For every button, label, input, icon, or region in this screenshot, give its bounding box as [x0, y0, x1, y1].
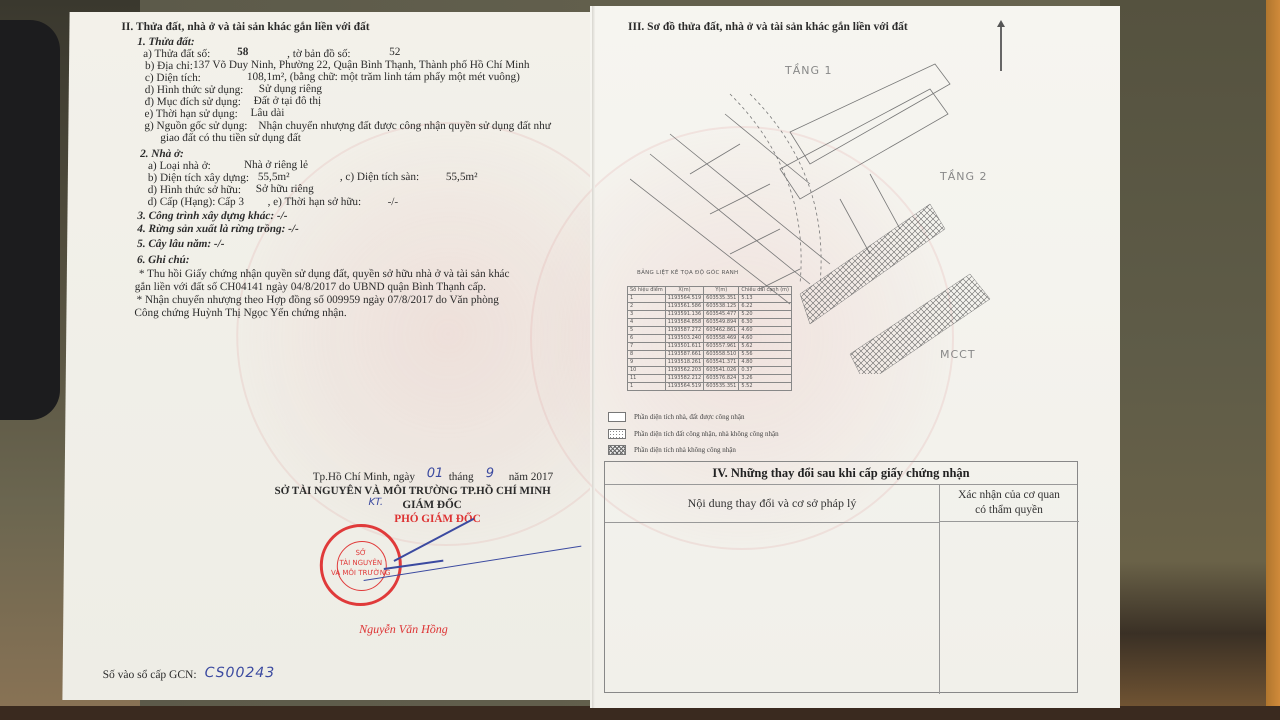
- grade-label: d) Cấp (Hạng):: [148, 195, 216, 209]
- mezzanine-label: MCCT: [940, 348, 976, 362]
- background-right: [1100, 0, 1280, 720]
- cross-hatch-box-icon: [608, 445, 626, 455]
- table-row: 61193503.240603558.4694.60: [628, 335, 792, 343]
- place-date-prefix: Tp.Hồ Chí Minh, ngày: [313, 470, 415, 484]
- floor-area-label: , c) Diện tích sàn:: [340, 170, 419, 184]
- table-row: 81193587.661603558.5105.56: [628, 351, 792, 359]
- coord-cell: 603541.371: [704, 359, 739, 367]
- coord-cell: 7: [628, 343, 666, 351]
- coord-cell: 1193584.858: [665, 319, 703, 327]
- table-edge: [1266, 0, 1280, 720]
- coord-cell: 6.30: [739, 319, 792, 327]
- coord-cell: 1193591.136: [665, 311, 703, 319]
- coord-cell: 3: [628, 311, 666, 319]
- section-iii-title: III. Sơ đồ thửa đất, nhà ở và tài sản kh…: [628, 20, 908, 34]
- coord-cell: 603549.894: [704, 319, 739, 327]
- director-title: GIÁM ĐỐC: [402, 498, 462, 512]
- deputy-director-title: PHÓ GIÁM ĐỐC: [394, 512, 481, 526]
- table-row: 91193518.261603541.3714.80: [628, 359, 792, 367]
- registry-number: CS00243: [205, 666, 276, 680]
- plain-box-icon: [608, 412, 626, 422]
- official-red-stamp: SỞ TÀI NGUYÊN VÀ MÔI TRƯỜNG: [319, 524, 402, 606]
- perennial: 5. Cây lâu năm: -/-: [137, 237, 224, 251]
- coord-cell: 1: [628, 295, 666, 303]
- coord-cell: 603541.026: [704, 367, 739, 375]
- coord-cell: 6.22: [739, 303, 792, 311]
- agency-name: SỞ TÀI NGUYÊN VÀ MÔI TRƯỜNG TP.HỒ CHÍ MI…: [275, 484, 551, 498]
- floor-area-value: 55,5m²: [446, 170, 478, 184]
- origin-value-line1: Nhận chuyển nhượng đất được công nhận qu…: [258, 119, 551, 133]
- coord-cell: 9: [628, 359, 666, 367]
- coord-cell: 5.56: [739, 351, 792, 359]
- coord-cell: 1193561.586: [665, 303, 703, 311]
- coord-cell: 603557.961: [704, 343, 739, 351]
- coord-header: Y(m): [704, 287, 739, 295]
- legend-item: Phần diện tích nhà, đất được công nhận: [608, 412, 745, 422]
- coord-cell: 8: [628, 351, 666, 359]
- coord-header: Số hiệu điểm: [628, 287, 666, 295]
- coord-cell: 603545.477: [704, 311, 739, 319]
- coord-cell: 0.37: [739, 367, 792, 375]
- own-term-label: , e) Thời hạn sở hữu:: [268, 195, 362, 209]
- notes-line4: Công chứng Huỳnh Thị Ngọc Yến chứng nhận…: [134, 306, 346, 320]
- coord-table-title: BẢNG LIỆT KÊ TỌA ĐỘ GÓC RANH: [637, 270, 739, 276]
- table-row: 21193561.586603538.1256.22: [628, 303, 792, 311]
- notes-line3: * Nhận chuyển nhượng theo Hợp đồng số 00…: [137, 293, 499, 307]
- coord-cell: 1193564.519: [665, 383, 703, 391]
- coord-cell: 1193562.203: [665, 367, 703, 375]
- coord-cell: 603538.125: [704, 303, 739, 311]
- coord-cell: 4.60: [739, 335, 792, 343]
- coord-cell: 1193587.661: [665, 351, 703, 359]
- table-row: 111193582.212603576.8243.26: [628, 375, 792, 383]
- coord-cell: 1193587.272: [665, 327, 703, 335]
- registry-label: Số vào sổ cấp GCN:: [103, 668, 197, 682]
- kt-mark: KT.: [368, 496, 383, 510]
- certificate-left-page: II. Thửa đất, nhà ở và tài sản khác gắn …: [62, 12, 599, 700]
- table-row: 41193584.858603549.8946.30: [628, 319, 792, 327]
- map-sheet-number: 52: [389, 45, 400, 59]
- coord-cell: 1193564.519: [665, 295, 703, 303]
- coord-cell: 1: [628, 383, 666, 391]
- coord-table: Số hiệu điểmX(m)Y(m)Chiều dài cạnh (m) 1…: [627, 286, 792, 391]
- coord-cell: 1193582.212: [665, 375, 703, 383]
- coord-cell: 1193503.240: [665, 335, 703, 343]
- date-year: năm 2017: [509, 470, 554, 484]
- origin-value-line2: giao đất có thu tiền sử dụng đất: [160, 131, 301, 145]
- legend-label: Phần diện tích nhà không công nhận: [634, 446, 736, 454]
- month-label: tháng: [449, 470, 474, 484]
- parcel-number: 58: [237, 45, 248, 59]
- term-value: Lâu dài: [250, 106, 284, 120]
- coord-cell: 5.13: [739, 295, 792, 303]
- coord-cell: 603576.824: [704, 375, 739, 383]
- date-month: 9: [486, 467, 494, 481]
- coord-cell: 603535.351: [704, 295, 739, 303]
- coord-cell: 2: [628, 303, 666, 311]
- coord-cell: 1193518.261: [665, 359, 703, 367]
- table-row: 51193587.272603462.8614.60: [628, 327, 792, 335]
- coord-cell: 11: [628, 375, 666, 383]
- coord-cell: 603558.510: [704, 351, 739, 359]
- section-ii-title: II. Thửa đất, nhà ở và tài sản khác gắn …: [121, 20, 369, 34]
- changes-col-content: Nội dung thay đổi và cơ sở pháp lý: [605, 484, 940, 523]
- date-day: 01: [427, 467, 444, 481]
- coord-cell: 603558.469: [704, 335, 739, 343]
- coord-cell: 3.26: [739, 375, 792, 383]
- changes-table: IV. Những thay đổi sau khi cấp giấy chứn…: [604, 461, 1078, 693]
- floor2-label: TẦNG 2: [940, 170, 988, 184]
- table-row: 11193564.519603535.3515.52: [628, 383, 792, 391]
- coord-cell: 4: [628, 319, 666, 327]
- signer-name: Nguyễn Văn Hồng: [359, 622, 448, 636]
- coord-cell: 1193501.611: [665, 343, 703, 351]
- coord-cell: 5: [628, 327, 666, 335]
- background-object: [0, 20, 60, 420]
- stamp-text-1: SỞ: [323, 549, 399, 558]
- coord-cell: 603535.351: [704, 383, 739, 391]
- table-row: 101193562.203603541.0260.37: [628, 367, 792, 375]
- certificate-right-page: III. Sơ đồ thửa đất, nhà ở và tài sản kh…: [590, 6, 1120, 708]
- other-works: 3. Công trình xây dựng khác: -/-: [137, 209, 287, 223]
- coord-cell: 603462.861: [704, 327, 739, 335]
- col2-line2: có thẩm quyền: [939, 503, 1079, 518]
- legend-label: Phần diện tích nhà, đất được công nhận: [634, 413, 745, 421]
- coord-cell: 4.60: [739, 327, 792, 335]
- changes-title: IV. Những thay đổi sau khi cấp giấy chứn…: [605, 462, 1077, 485]
- own-term-value: -/-: [388, 195, 399, 209]
- legend-label: Phần diện tích đất công nhận, nhà không …: [634, 430, 779, 438]
- background-bottom: [0, 706, 1280, 720]
- notes-heading: 6. Ghi chú:: [137, 253, 190, 267]
- coord-header: X(m): [665, 287, 703, 295]
- notes-line2: gắn liền với đất số CH04141 ngày 04/8/20…: [135, 280, 486, 294]
- legend-item: Phần diện tích nhà không công nhận: [608, 445, 736, 455]
- page-fold: [592, 6, 595, 708]
- forest: 4. Rừng sản xuất là rừng trồng: -/-: [137, 222, 299, 236]
- coord-cell: 5.52: [739, 383, 792, 391]
- coord-cell: 4.80: [739, 359, 792, 367]
- dotted-box-icon: [608, 429, 626, 439]
- col2-line1: Xác nhận của cơ quan: [939, 488, 1079, 503]
- legend-item: Phần diện tích đất công nhận, nhà không …: [608, 429, 779, 439]
- coord-cell: 5.62: [739, 343, 792, 351]
- column-divider: [939, 522, 940, 694]
- coord-cell: 6: [628, 335, 666, 343]
- coord-cell: 5.20: [739, 311, 792, 319]
- changes-col-confirmation: Xác nhận của cơ quan có thẩm quyền: [939, 484, 1079, 522]
- coord-header: Chiều dài cạnh (m): [739, 287, 792, 295]
- coord-cell: 10: [628, 367, 666, 375]
- table-row: 31193591.136603545.4775.20: [628, 311, 792, 319]
- table-row: 11193564.519603535.3515.13: [628, 295, 792, 303]
- floor1-label: TẦNG 1: [785, 64, 833, 78]
- table-row: 71193501.611603557.9615.62: [628, 343, 792, 351]
- notes-line1: * Thu hồi Giấy chứng nhận quyền sử dụng …: [139, 267, 510, 281]
- ownership-value: Sở hữu riêng: [256, 182, 314, 196]
- grade-value: Cấp 3: [218, 195, 245, 209]
